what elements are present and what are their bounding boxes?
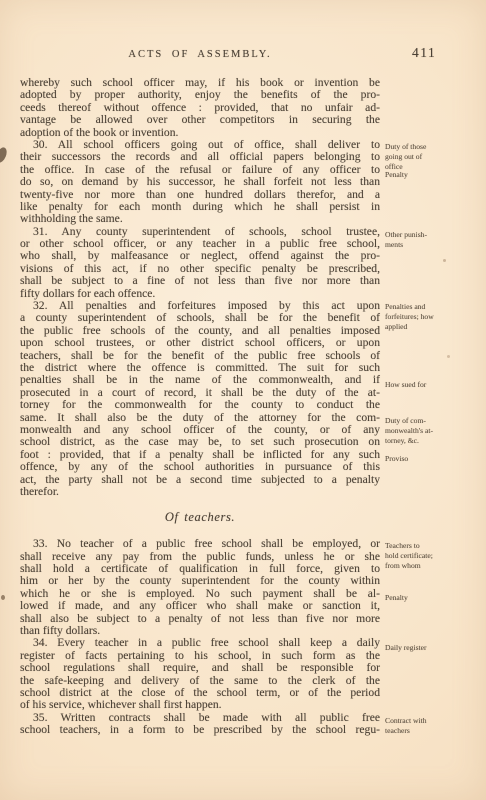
margin-note-line: Duty of those [385,142,482,152]
margin-note: Contract withteachers [385,716,482,736]
margin-note-line: from whom [385,561,482,571]
margin-note: Duty of thosegoing out ofoffice [385,142,482,172]
text-line: of his service, whichever shall first ha… [20,699,380,711]
section-heading: Of teachers. [20,511,380,524]
margin-note-line: monwealth's at- [385,426,482,436]
scan-speck [0,146,9,164]
paragraph: 32. All penalties and forfeitures impose… [20,300,380,498]
paragraph: 33. No teacher of a public free school s… [20,538,380,637]
scan-speck [443,259,446,262]
margin-note-line: office [385,162,482,172]
text-line: upon school trustees, or other district … [20,337,380,349]
scan-speck [447,355,450,358]
text-line: therefor. [20,486,380,498]
text-line: withholding the same. [20,213,380,225]
margin-note-line: Penalty [385,593,482,603]
margin-note-line: How sued for [385,380,482,390]
text-line: vantage be allowed over other competitor… [20,114,380,126]
text-line: a county superintendent of schools, shal… [20,312,380,324]
margin-note: Penalties andforfeitures; howapplied [385,302,482,332]
margin-note: Daily register [385,643,482,653]
margin-note-line: Duty of com- [385,416,482,426]
paragraph: whereby such school officer may, if his … [20,77,380,139]
margin-note-line: Penalty [385,170,482,180]
margin-note-line: teachers [385,726,482,736]
margin-note-line: going out of [385,152,482,162]
margin-note-line: torney, &c. [385,436,482,446]
margin-note: Proviso [385,454,482,464]
margin-note-line: hold certificate; [385,551,482,561]
page-number: 411 [412,45,436,61]
text-line: who shall, by malfeasance or neglect, of… [20,250,380,262]
margin-note-line: applied [385,322,482,332]
margin-note: Teachers tohold certificate;from whom [385,541,482,571]
margin-note: How sued for [385,380,482,390]
book-page: ACTS OF ASSEMBLY. 411 whereby such schoo… [0,0,486,800]
text-line: shall be subject to a fine of not less t… [20,275,380,287]
margin-note-line: Proviso [385,454,482,464]
margin-note-line: Other punish- [385,230,482,240]
text-line: him or her by the county superintendent … [20,575,380,587]
text-line: 33. No teacher of a public free school s… [20,538,380,550]
paragraph: 34. Every teacher in a public free schoo… [20,637,380,711]
margin-note-line: Penalties and [385,302,482,312]
scan-speck [1,595,5,600]
text-line: school district, as the case may be, to … [20,436,380,448]
running-header-title: ACTS OF ASSEMBLY. [20,49,380,60]
text-line: school teachers, in a form to be prescri… [20,724,380,736]
margin-note-line: Teachers to [385,541,482,551]
margin-note: Penalty [385,593,482,603]
text-line: penalties shall be in the name of the co… [20,374,380,386]
margin-note-line: ments [385,240,482,250]
text-line: do so, on demand by his successor, he sh… [20,176,380,188]
margin-note-line: Contract with [385,716,482,726]
margin-note-line: forfeitures; how [385,312,482,322]
text-line: school regulations shall require, and sh… [20,662,380,674]
body-text: whereby such school officer may, if his … [20,77,380,737]
text-line: their successors the records and all off… [20,151,380,163]
paragraph: 31. Any county superintendent of schools… [20,226,380,300]
paragraph: 30. All school officers going out of off… [20,139,380,226]
margin-note: Duty of com-monwealth's at-torney, &c. [385,416,482,446]
margin-note: Penalty [385,170,482,180]
margin-note-line: Daily register [385,643,482,653]
text-line: act, the party shall not be a second tim… [20,474,380,486]
paragraph: 35. Written contracts shall be made with… [20,712,380,737]
text-line: adopted by proper authority, enjoy the b… [20,89,380,101]
text-line: 34. Every teacher in a public free schoo… [20,637,380,649]
text-line: torney for the commonwealth for the coun… [20,399,380,411]
text-line: lowed if made, and any officer who shall… [20,600,380,612]
text-line: offence, by any of the school authoritie… [20,461,380,473]
margin-note: Other punish-ments [385,230,482,250]
